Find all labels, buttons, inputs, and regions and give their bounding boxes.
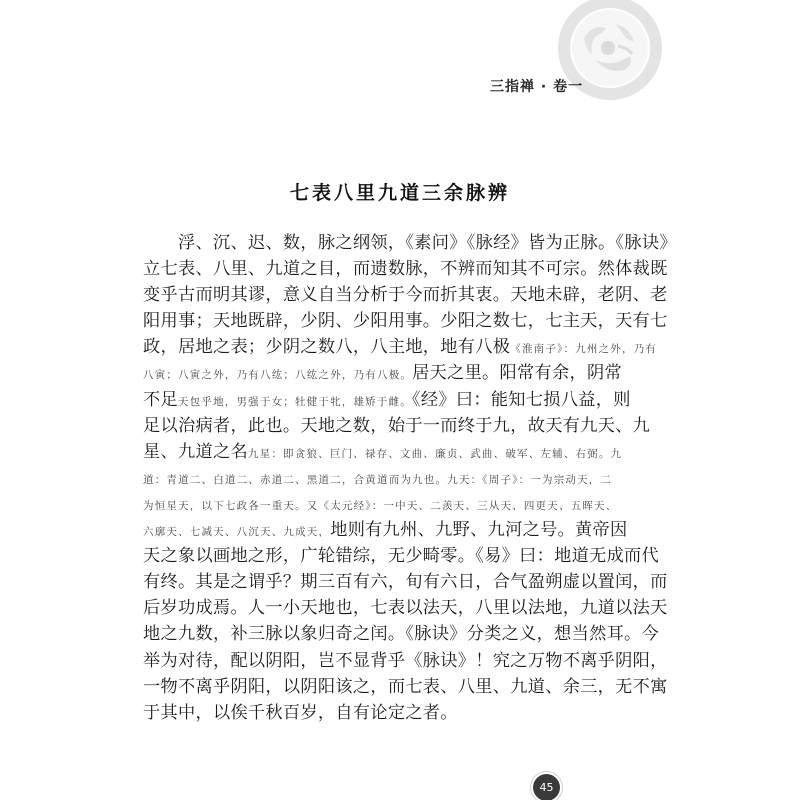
main-text: 阳用事；天地既辟，少阴、少阳用事。少阳之数七，七主天，天有七	[143, 311, 668, 331]
text-line: 一物不离乎阴阳，以阴阳该之，而七表、八里、九道、余三，无不寓	[143, 674, 563, 700]
text-line: 变乎古而明其谬，意义自当分析于今而折其衷。天地未辟，老阴、老	[143, 282, 563, 308]
annotation-note: 八寅；八寅之外，乃有八纮；八纮之外，乃有八极。	[143, 369, 412, 381]
body-text: 浮、沉、迟、数，脉之纲领，《素问》《脉经》皆为正脉。《脉诀》立七表、八里、九道之…	[143, 230, 563, 726]
text-line: 天之象以画地之形，广轮错综，无少畸零。《易》曰：地道无成而代	[143, 543, 563, 569]
text-line: 有终。其是之谓乎？期三百有六，旬有六日，合气盈朔虚以置闰，而	[143, 569, 563, 595]
main-text: 有终。其是之谓乎？期三百有六，旬有六日，合气盈朔虚以置闰，而	[143, 572, 668, 592]
text-line: 政，居地之表；少阴之数八，八主地，地有八极《淮南子》：九州之外，乃有	[143, 334, 563, 360]
text-line: 星、九道之名九星：即贪狼、巨门、禄存、文曲、廉贞、武曲、破军、左辅、右弼。九	[143, 439, 563, 465]
annotation-note: 六廓天、七减天、八沉天、九成天，	[143, 526, 330, 538]
main-text: 一物不离乎阴阳，以阴阳该之，而七表、八里、九道、余三，无不寓	[143, 677, 668, 697]
main-text: 后岁功成焉。人一小天地也，七表以法天，八里以法地，九道以法天	[143, 598, 668, 618]
chapter-title: 七表八里九道三余脉辨	[0, 178, 800, 205]
text-line: 地之九数，补三脉以象归奇之闰。《脉诀》分类之义，想当然耳。今	[143, 621, 563, 647]
main-text: 足以治病者，此也。天地之数，始于一而终于九，故天有九天、九	[143, 416, 650, 436]
text-line: 六廓天、七减天、八沉天、九成天，地则有九州、九野、九河之号。黄帝因	[143, 517, 563, 543]
main-text: 地则有九州、九野、九河之号。黄帝因	[330, 520, 627, 540]
main-text: 天之象以画地之形，广轮错综，无少畸零。《易》曰：地道无成而代	[143, 546, 659, 566]
main-text: 政，居地之表；少阴之数八，八主地，地有八极	[143, 337, 510, 357]
main-text: 浮、沉、迟、数，脉之纲领，《素问》《脉经》皆为正脉。《脉诀》	[178, 233, 677, 253]
text-line: 举为对待，配以阴阳，岂不显背乎《脉诀》！究之万物不离乎阴阳，	[143, 648, 563, 674]
main-text: 不足	[143, 390, 178, 410]
text-line: 立七表、八里、九道之目，而遗数脉，不辨而知其不可宗。然体裁既	[143, 256, 563, 282]
running-head: 三指禅 · 卷一	[490, 76, 583, 96]
main-text: 变乎古而明其谬，意义自当分析于今而折其衷。天地未辟，老阴、老	[143, 285, 668, 305]
text-line: 不足天包乎地，男强于女；牡健于牝，雄矫于雌。《经》曰：能知七损八益，则	[143, 387, 563, 413]
text-line: 八寅；八寅之外，乃有八纮；八纮之外，乃有八极。居天之里。阳常有余，阴常	[143, 360, 563, 386]
main-text: 立七表、八里、九道之目，而遗数脉，不辨而知其不可宗。然体裁既	[143, 259, 668, 279]
text-line: 为恒星天，以下七政各一重天。又《太元经》：一中天、二羡天、三从天、四更天、五晖天…	[143, 491, 563, 517]
main-text: 居天之里。阳常有余，阴常	[412, 363, 622, 383]
main-text: 于其中，以俟千秋百岁，自有论定之者。	[143, 703, 458, 723]
annotation-note: 天包乎地，男强于女；牡健于牝，雄矫于雌。	[178, 396, 412, 408]
annotation-note: 为恒星天，以下七政各一重天。又《太元经》：一中天、二羡天、三从天、四更天、五晖天…	[143, 500, 617, 512]
annotation-note: 《淮南子》：九州之外，乃有	[510, 343, 657, 355]
main-text: 星、九道之名	[143, 442, 248, 462]
annotation-note: 九星：即贪狼、巨门、禄存、文曲、廉贞、武曲、破军、左辅、右弼。九	[248, 448, 622, 460]
page-number-badge: 45	[533, 774, 560, 800]
text-line: 后岁功成焉。人一小天地也，七表以法天，八里以法地，九道以法天	[143, 595, 563, 621]
annotation-note: 道：青道二、白道二、赤道二、黑道二，合黄道而为九也。九天：《周子》：一为宗动天，…	[143, 474, 612, 486]
text-line: 足以治病者，此也。天地之数，始于一而终于九，故天有九天、九	[143, 413, 563, 439]
text-line: 道：青道二、白道二、赤道二、黑道二，合黄道而为九也。九天：《周子》：一为宗动天，…	[143, 465, 563, 491]
text-line: 于其中，以俟千秋百岁，自有论定之者。	[143, 700, 563, 726]
main-text: 地之九数，补三脉以象归奇之闰。《脉诀》分类之义，想当然耳。今	[143, 624, 659, 644]
main-text: 举为对待，配以阴阳，岂不显背乎《脉诀》！究之万物不离乎阴阳，	[143, 651, 668, 671]
text-line: 阳用事；天地既辟，少阴、少阳用事。少阳之数七，七主天，天有七	[143, 308, 563, 334]
main-text: 《经》曰：能知七损八益，则	[412, 390, 631, 410]
text-line: 浮、沉、迟、数，脉之纲领，《素问》《脉经》皆为正脉。《脉诀》	[143, 230, 563, 256]
